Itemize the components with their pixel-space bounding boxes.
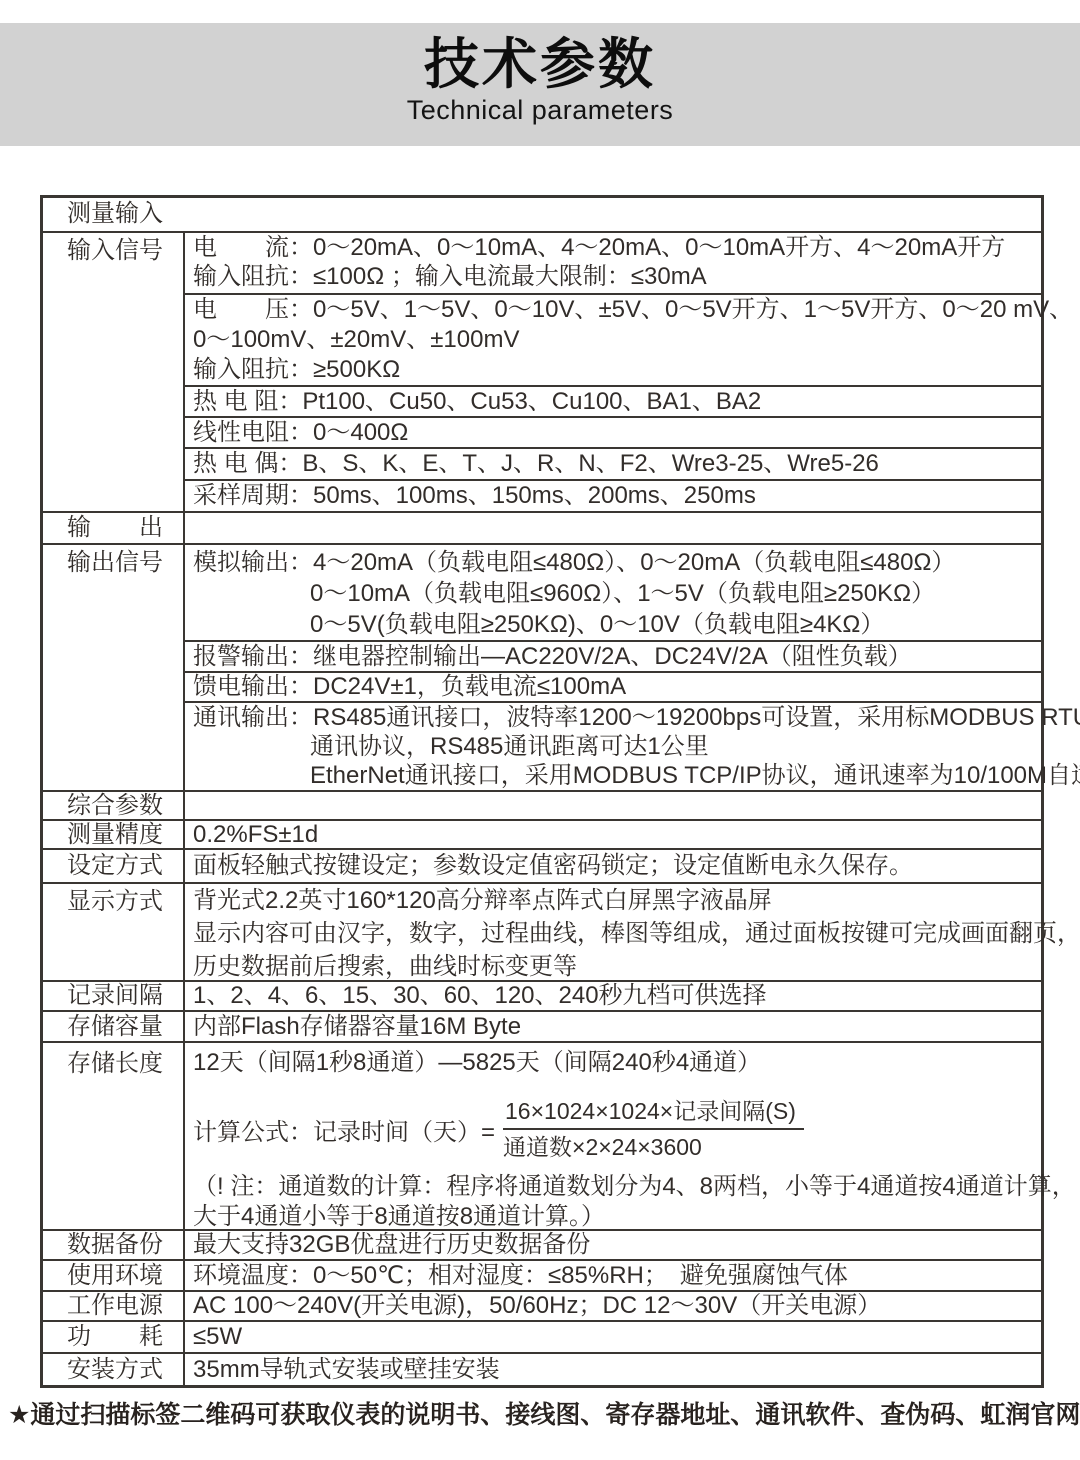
row-general-parameters: 综合参数 xyxy=(43,790,1041,819)
spec-line: 通讯协议，RS485通讯距离可达1公里 xyxy=(193,732,1041,761)
row-accuracy: 测量精度 0.2%FS±1d xyxy=(43,819,1041,848)
spec-line: 大于4通道小等于8通道按8通道计算。） xyxy=(193,1202,1041,1232)
spec-line: 历史数据前后搜索，曲线时标变更等 xyxy=(193,950,1041,983)
page-title: 技术参数 xyxy=(0,23,1080,95)
output-empty-cell xyxy=(185,513,1041,543)
page-subtitle: Technical parameters xyxy=(0,95,1080,125)
label-backup: 数据备份 xyxy=(43,1231,185,1259)
row-measure-input: 测量输入 xyxy=(43,198,1041,231)
value-storage-capacity: 内部Flash存储器容量16M Byte xyxy=(185,1012,1041,1041)
formula-numerator: 16×1024×1024×记录间隔(S) xyxy=(503,1098,804,1130)
label-installation: 安装方式 xyxy=(43,1354,185,1385)
row-storage-capacity: 存储容量 内部Flash存储器容量16M Byte xyxy=(43,1010,1041,1041)
label-environment: 使用环境 xyxy=(43,1261,185,1290)
storage-length-range: 12天（间隔1秒8通道）—5825天（间隔240秒4通道） xyxy=(193,1043,1041,1078)
row-output-signal: 输出信号 模拟输出：4～20mA（负载电阻≤480Ω）、0～20mA（负载电阻≤… xyxy=(43,543,1041,790)
input-signal-current: 电 流：0～20mA、0～10mA、4～20mA、0～10mA开方、4～20mA… xyxy=(185,233,1041,293)
label-accuracy: 测量精度 xyxy=(43,821,185,848)
spec-line: 电 流：0～20mA、0～10mA、4～20mA、0～10mA开方、4～20mA… xyxy=(193,233,1041,262)
label-storage-capacity: 存储容量 xyxy=(43,1012,185,1041)
general-empty-cell xyxy=(185,792,1041,819)
storage-length-note: （! 注：通道数的计算：程序将通道数划分为4、8两档，小等于4通道按4通道计算，… xyxy=(193,1172,1041,1232)
input-signal-sampling-period: 采样周期：50ms、100ms、150ms、200ms、250ms xyxy=(185,479,1041,511)
spec-line: 输入阻抗：≥500KΩ xyxy=(193,355,1041,385)
input-signal-thermocouple: 热 电 偶：B、S、K、E、T、J、R、N、F2、Wre3-25、Wre5-26 xyxy=(185,447,1041,479)
row-setting: 设定方式 面板轻触式按键设定；参数设定值密码锁定；设定值断电永久保存。 xyxy=(43,848,1041,882)
value-power: AC 100～240V(开关电源)，50/60Hz；DC 12～30V（开关电源… xyxy=(185,1292,1041,1320)
value-consumption: ≤5W xyxy=(185,1322,1041,1352)
spec-line: 背光式2.2英寸160*120高分辩率点阵式白屏黑字液晶屏 xyxy=(193,884,1041,917)
value-setting: 面板轻触式按键设定；参数设定值密码锁定；设定值断电永久保存。 xyxy=(185,850,1041,882)
output-signal-feed: 馈电输出：DC24V±1，负载电流≤100mA xyxy=(185,671,1041,701)
row-consumption: 功 耗 ≤5W xyxy=(43,1320,1041,1352)
row-storage-length: 存储长度 12天（间隔1秒8通道）—5825天（间隔240秒4通道） 计算公式：… xyxy=(43,1041,1041,1229)
spec-line: 模拟输出：4～20mA（负载电阻≤480Ω）、0～20mA（负载电阻≤480Ω） xyxy=(193,547,1041,578)
label-power: 工作电源 xyxy=(43,1292,185,1320)
input-signal-linear-resistance: 线性电阻：0～400Ω xyxy=(185,416,1041,447)
value-record-interval: 1、2、4、6、15、30、60、120、240秒九档可供选择 xyxy=(185,982,1041,1010)
spec-line: 0～10mA（负载电阻≤960Ω）、1～5V（负载电阻≥250KΩ） xyxy=(193,578,1041,609)
page: 技术参数 Technical parameters 测量输入 输入信号 电 流：… xyxy=(0,0,1080,1460)
row-power: 工作电源 AC 100～240V(开关电源)，50/60Hz；DC 12～30V… xyxy=(43,1290,1041,1320)
storage-length-formula: 计算公式：记录时间（天）= 16×1024×1024×记录间隔(S) 通道数×2… xyxy=(193,1098,1041,1160)
spec-line: 0～100mV、±20mV、±100mV xyxy=(193,325,1041,355)
label-consumption: 功 耗 xyxy=(43,1322,185,1352)
formula-denominator: 通道数×2×24×3600 xyxy=(503,1130,804,1160)
row-display: 显示方式 背光式2.2英寸160*120高分辩率点阵式白屏黑字液晶屏 显示内容可… xyxy=(43,882,1041,980)
spec-line: 电 压：0～5V、1～5V、0～10V、±5V、0～5V开方、1～5V开方、0～… xyxy=(193,295,1041,325)
section-label-output: 输 出 xyxy=(43,513,185,543)
formula-fraction: 16×1024×1024×记录间隔(S) 通道数×2×24×3600 xyxy=(503,1098,804,1160)
label-input-signal: 输入信号 xyxy=(43,233,185,511)
section-label-general: 综合参数 xyxy=(43,792,185,819)
value-accuracy: 0.2%FS±1d xyxy=(185,821,1041,848)
spec-table: 测量输入 输入信号 电 流：0～20mA、0～10mA、4～20mA、0～10m… xyxy=(40,195,1044,1388)
value-backup: 最大支持32GB优盘进行历史数据备份 xyxy=(185,1231,1041,1259)
row-output: 输 出 xyxy=(43,511,1041,543)
label-setting: 设定方式 xyxy=(43,850,185,882)
row-installation: 安装方式 35mm导轨式安装或壁挂安装 xyxy=(43,1352,1041,1385)
row-environment: 使用环境 环境温度：0～50℃；相对湿度：≤85%RH； 避免强腐蚀气体 xyxy=(43,1259,1041,1290)
formula-prefix: 计算公式：记录时间（天）= xyxy=(193,1112,495,1147)
label-display: 显示方式 xyxy=(43,884,185,980)
spec-line: 0～5V(负载电阻≥250KΩ)、0～10V（负载电阻≥4KΩ） xyxy=(193,609,1041,640)
output-signal-comm: 通讯输出：RS485通讯接口，波特率1200～19200bps可设置，采用标MO… xyxy=(185,701,1041,790)
input-signal-voltage: 电 压：0～5V、1～5V、0～10V、±5V、0～5V开方、1～5V开方、0～… xyxy=(185,293,1041,385)
spec-line: 显示内容可由汉字，数字，过程曲线，棒图等组成，通过面板按键可完成画面翻页， xyxy=(193,917,1041,950)
value-installation: 35mm导轨式安装或壁挂安装 xyxy=(185,1354,1041,1385)
output-signal-alarm: 报警输出：继电器控制输出—AC220V/2A、DC24V/2A（阻性负载） xyxy=(185,640,1041,671)
label-record-interval: 记录间隔 xyxy=(43,982,185,1010)
row-record-interval: 记录间隔 1、2、4、6、15、30、60、120、240秒九档可供选择 xyxy=(43,980,1041,1010)
label-output-signal: 输出信号 xyxy=(43,545,185,790)
output-signal-analog: 模拟输出：4～20mA（负载电阻≤480Ω）、0～20mA（负载电阻≤480Ω）… xyxy=(185,545,1041,640)
value-environment: 环境温度：0～50℃；相对湿度：≤85%RH； 避免强腐蚀气体 xyxy=(185,1261,1041,1290)
row-input-signal: 输入信号 电 流：0～20mA、0～10mA、4～20mA、0～10mA开方、4… xyxy=(43,231,1041,511)
footer-note: ★通过扫描标签二维码可获取仪表的说明书、接线图、寄存器地址、通讯软件、查伪码、虹… xyxy=(8,1398,1074,1432)
spec-line: EtherNet通讯接口，采用MODBUS TCP/IP协议，通讯速率为10/1… xyxy=(193,761,1041,790)
header-banner: 技术参数 Technical parameters xyxy=(0,23,1080,146)
section-label-measure-input: 测量输入 xyxy=(43,198,1041,231)
label-storage-length: 存储长度 xyxy=(43,1043,185,1229)
spec-line: （! 注：通道数的计算：程序将通道数划分为4、8两档，小等于4通道按4通道计算， xyxy=(193,1172,1041,1202)
input-signal-rtd: 热 电 阻：Pt100、Cu50、Cu53、Cu100、BA1、BA2 xyxy=(185,385,1041,416)
spec-line: 输入阻抗：≤100Ω ；输入电流最大限制：≤30mA xyxy=(193,262,1041,291)
row-backup: 数据备份 最大支持32GB优盘进行历史数据备份 xyxy=(43,1229,1041,1259)
spec-line: 通讯输出：RS485通讯接口，波特率1200～19200bps可设置，采用标MO… xyxy=(193,703,1041,732)
